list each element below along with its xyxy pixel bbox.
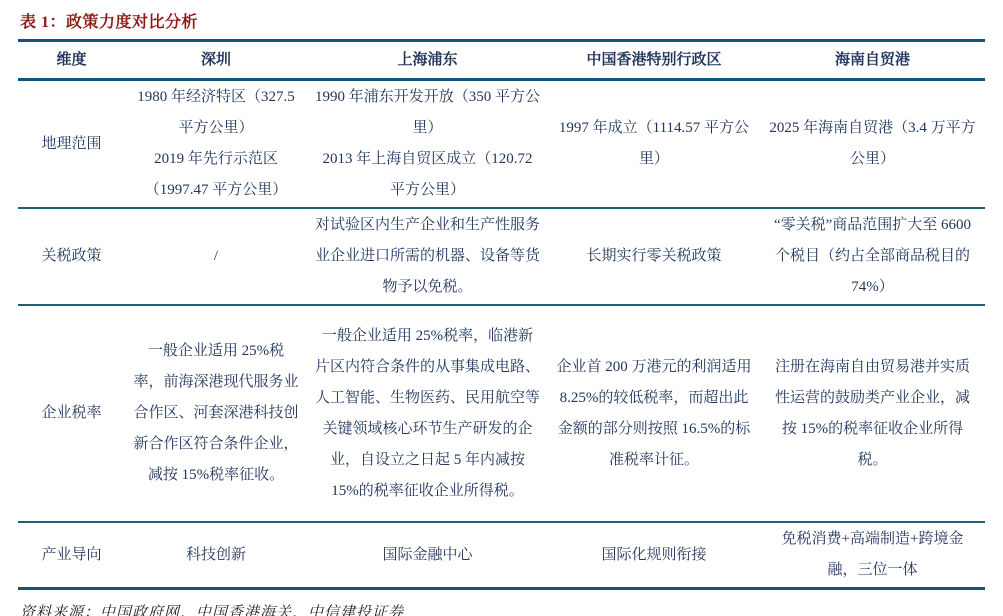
cell-paragraph: 一般企业适用 25%税率，临港新片区内符合条件的从事集成电路、人工智能、生物医药…	[315, 321, 540, 507]
column-header: 深圳	[125, 41, 307, 80]
cell-paragraph: 国际金融中心	[315, 540, 540, 571]
row-label: 产业导向	[18, 522, 125, 589]
table-cell: 1980 年经济特区（327.5 平方公里）2019 年先行示范区（1997.4…	[125, 80, 307, 209]
cell-paragraph: 1997 年成立（1114.57 平方公里）	[556, 113, 752, 175]
cell-paragraph: “零关税”商品范围扩大至 6600 个税目（约占全部商品税目的 74%）	[768, 210, 977, 303]
cell-paragraph: 1990 年浦东开发开放（350 平方公里）	[315, 82, 540, 144]
row-label: 地理范围	[18, 80, 125, 209]
table-row: 产业导向科技创新国际金融中心国际化规则衔接免税消费+高端制造+跨境金融，三位一体	[18, 522, 985, 589]
table-cell: 一般企业适用 25%税率，前海深港现代服务业合作区、河套深港科技创新合作区符合条…	[125, 305, 307, 522]
table-body: 地理范围1980 年经济特区（327.5 平方公里）2019 年先行示范区（19…	[18, 80, 985, 589]
cell-paragraph: 企业首 200 万港元的利润适用 8.25%的较低税率，而超出此金额的部分则按照…	[556, 352, 752, 476]
report-table-figure: 表 1：政策力度对比分析 维度深圳上海浦东中国香港特别行政区海南自贸港 地理范围…	[0, 0, 1003, 616]
cell-paragraph: 对试验区内生产企业和生产性服务业企业进口所需的机器、设备等货物予以免税。	[315, 210, 540, 303]
table-cell: 国际金融中心	[307, 522, 548, 589]
table-cell: “零关税”商品范围扩大至 6600 个税目（约占全部商品税目的 74%）	[760, 208, 985, 305]
cell-paragraph: 免税消费+高端制造+跨境金融，三位一体	[768, 524, 977, 586]
table-cell: 企业首 200 万港元的利润适用 8.25%的较低税率，而超出此金额的部分则按照…	[548, 305, 760, 522]
cell-paragraph: 长期实行零关税政策	[556, 241, 752, 272]
table-row: 地理范围1980 年经济特区（327.5 平方公里）2019 年先行示范区（19…	[18, 80, 985, 209]
table-cell: 1997 年成立（1114.57 平方公里）	[548, 80, 760, 209]
table-cell: 国际化规则衔接	[548, 522, 760, 589]
cell-paragraph: 一般企业适用 25%税率，前海深港现代服务业合作区、河套深港科技创新合作区符合条…	[133, 336, 299, 491]
cell-paragraph: 2013 年上海自贸区成立（120.72 平方公里）	[315, 144, 540, 206]
column-header: 维度	[18, 41, 125, 80]
cell-paragraph: 国际化规则衔接	[556, 540, 752, 571]
table-row: 关税政策/对试验区内生产企业和生产性服务业企业进口所需的机器、设备等货物予以免税…	[18, 208, 985, 305]
cell-paragraph: 1980 年经济特区（327.5 平方公里）	[133, 82, 299, 144]
table-cell: 注册在海南自由贸易港并实质性运营的鼓励类产业企业，减按 15%的税率征收企业所得…	[760, 305, 985, 522]
table-cell: /	[125, 208, 307, 305]
table-cell: 长期实行零关税政策	[548, 208, 760, 305]
row-label: 企业税率	[18, 305, 125, 522]
table-cell: 对试验区内生产企业和生产性服务业企业进口所需的机器、设备等货物予以免税。	[307, 208, 548, 305]
table-header-row: 维度深圳上海浦东中国香港特别行政区海南自贸港	[18, 41, 985, 80]
table-cell: 一般企业适用 25%税率，临港新片区内符合条件的从事集成电路、人工智能、生物医药…	[307, 305, 548, 522]
table-title: 表 1：政策力度对比分析	[20, 9, 985, 32]
column-header: 海南自贸港	[760, 41, 985, 80]
column-header: 中国香港特别行政区	[548, 41, 760, 80]
row-label: 关税政策	[18, 208, 125, 305]
table-row: 企业税率一般企业适用 25%税率，前海深港现代服务业合作区、河套深港科技创新合作…	[18, 305, 985, 522]
cell-paragraph: /	[133, 241, 299, 272]
table-cell: 科技创新	[125, 522, 307, 589]
table-cell: 1990 年浦东开发开放（350 平方公里）2013 年上海自贸区成立（120.…	[307, 80, 548, 209]
table-cell: 免税消费+高端制造+跨境金融，三位一体	[760, 522, 985, 589]
source-note: 资料来源：中国政府网，中国香港海关，中信建投证券	[20, 601, 985, 616]
cell-paragraph: 注册在海南自由贸易港并实质性运营的鼓励类产业企业，减按 15%的税率征收企业所得…	[768, 352, 977, 476]
policy-comparison-table: 维度深圳上海浦东中国香港特别行政区海南自贸港 地理范围1980 年经济特区（32…	[18, 39, 985, 590]
table-cell: 2025 年海南自贸港（3.4 万平方公里）	[760, 80, 985, 209]
column-header: 上海浦东	[307, 41, 548, 80]
cell-paragraph: 2019 年先行示范区（1997.47 平方公里）	[133, 144, 299, 206]
cell-paragraph: 科技创新	[133, 540, 299, 571]
cell-paragraph: 2025 年海南自贸港（3.4 万平方公里）	[768, 113, 977, 175]
